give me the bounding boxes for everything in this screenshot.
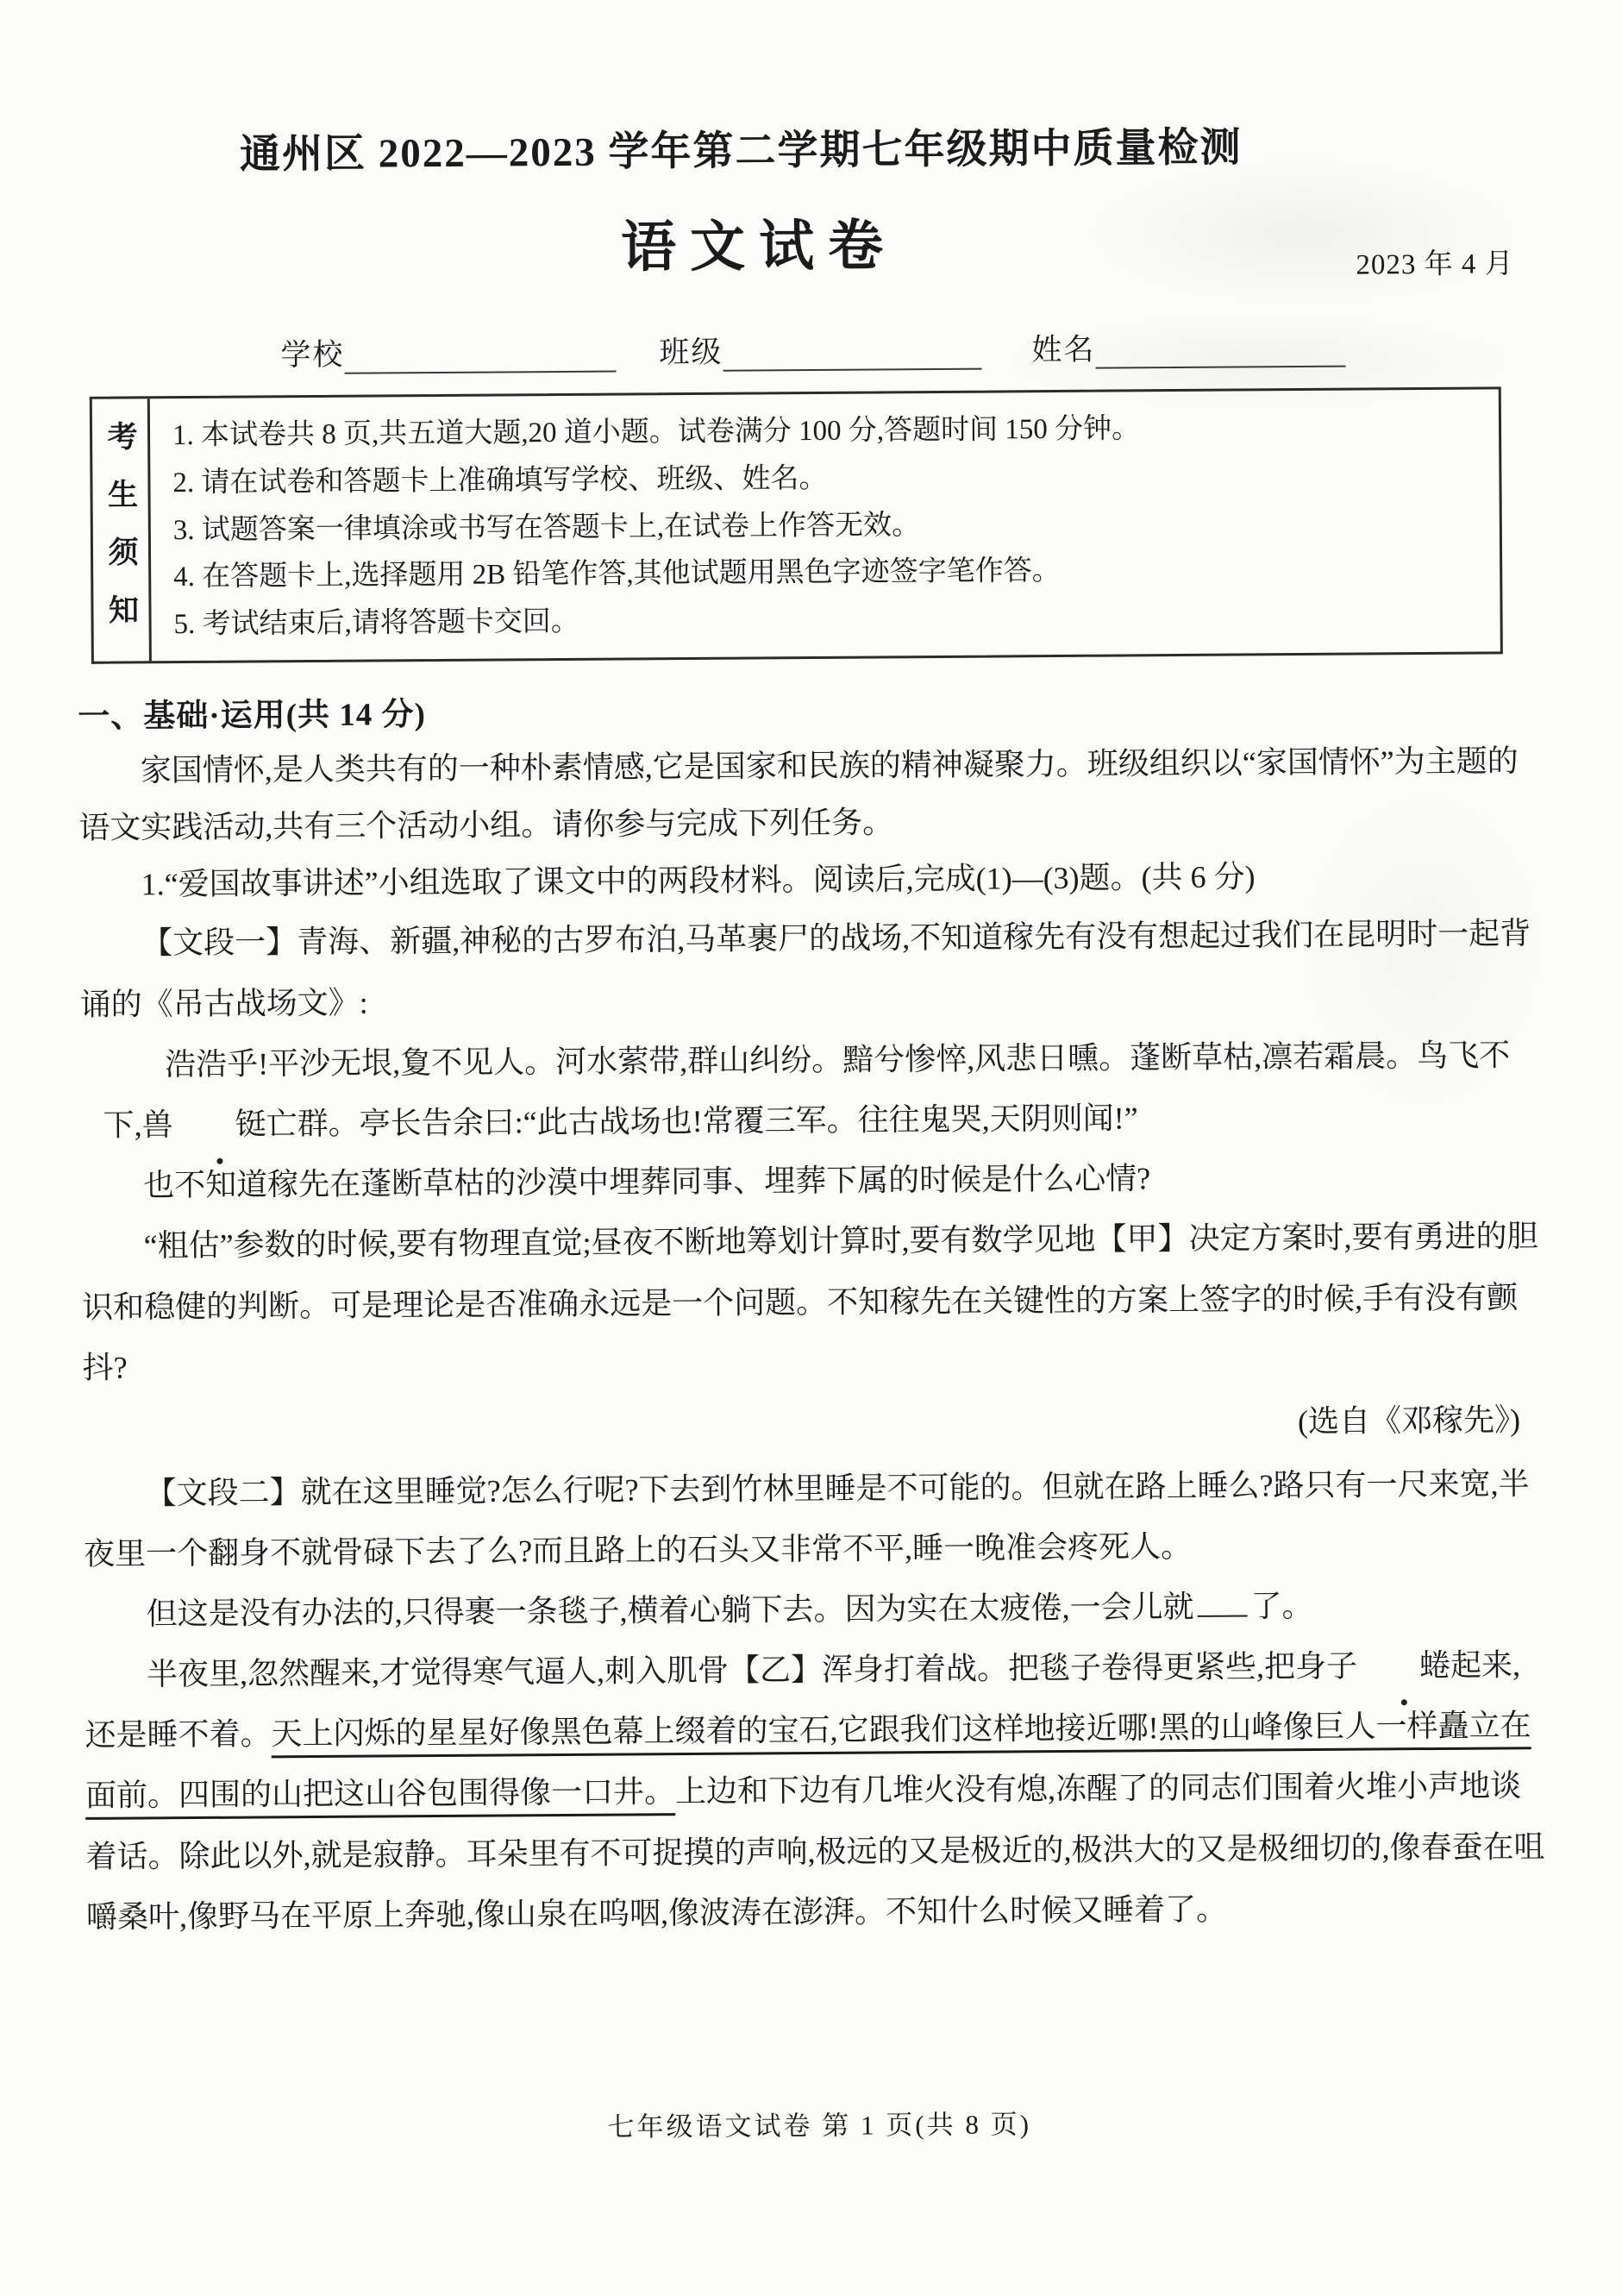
school-field: 学校: [280, 329, 659, 374]
student-info-row: 学校 班级 姓名: [280, 323, 1538, 374]
passage-text: 但这是没有办法的,只得裹一条毯子,横着心躺下去。因为实在太疲倦,一会儿就: [146, 1590, 1193, 1631]
passage2-paragraph-2: 但这是没有办法的,只得裹一条毯子,横着心躺下去。因为实在太疲倦,一会儿就了。: [84, 1574, 1547, 1645]
passage1-source: (选自《邓稼先》): [83, 1388, 1546, 1463]
passage1-quote: 浩浩乎!平沙无垠,夐不见人。河水萦带,群山纠纷。黯兮惨悴,风悲日曛。蓬断草枯,凛…: [103, 1025, 1544, 1156]
section-one-heading: 一、基础·运用(共 14 分): [78, 680, 1541, 737]
name-blank-line: [1095, 331, 1345, 369]
fill-in-blank-line: [1197, 1584, 1247, 1616]
name-field: 姓名: [1031, 324, 1345, 370]
page-footer: 七年级语文试卷 第 1 页(共 8 页): [9, 2098, 1622, 2148]
school-label: 学校: [280, 331, 344, 375]
notice-item: 2. 请在试卷和答题卡上准确填写学校、班级、姓名。: [172, 453, 1140, 507]
exam-date: 2023 年 4 月: [1356, 241, 1514, 282]
class-field: 班级: [659, 326, 1031, 372]
notice-item: 4. 在答题卡上,选择题用 2B 铅笔作答,其他试题用黑色字迹签字笔作答。: [173, 548, 1141, 602]
section-intro: 家国情怀,是人类共有的一种朴素情感,它是国家和民族的精神凝聚力。班级组织以“家国…: [78, 733, 1543, 857]
notice-item: 3. 试题答案一律填涂或书写在答题卡上,在试卷上作答无效。: [173, 500, 1141, 555]
exam-paper-page: 通州区 2022—2023 学年第二学期七年级期中质量检测 语文试卷 2023 …: [0, 0, 1622, 2296]
footer-text: 七年级语文试卷 第 1 页(共 8 页): [607, 2109, 1031, 2142]
passage1-paragraph-3: 也不知道稼先在蓬断草枯的沙漠中埋葬同事、埋葬下属的时候是什么心情?: [81, 1145, 1544, 1216]
quote-text: 亡群。亭长告余曰:“此古战场也!常覆三军。往往鬼哭,天阴则闻!”: [266, 1101, 1138, 1141]
passage-text: 了。: [1250, 1589, 1312, 1624]
notice-item: 5. 考试结束后,请将答题卡交回。: [173, 594, 1141, 649]
paper-title: 语文试卷: [74, 197, 1538, 286]
passage1-paragraph-4: “粗估”参数的时候,要有物理直觉;昼夜不断地筹划计算时,要有数学见地【甲】决定方…: [81, 1206, 1545, 1397]
class-blank-line: [723, 334, 981, 372]
passage2-paragraph-3: 半夜里,忽然醒来,才觉得寒气逼人,刺入肌骨【乙】浑身打着战。把毯子卷得更紧些,把…: [85, 1634, 1550, 1948]
exam-title: 通州区 2022—2023 学年第二学期七年级期中质量检测: [74, 113, 1537, 181]
passage-text: 半夜里,忽然醒来,才觉得寒气逼人,刺入肌骨【乙】浑身打着战。把毯子卷得更紧些,把…: [147, 1649, 1357, 1692]
notice-side-label: 考生须知: [92, 398, 152, 661]
school-blank-line: [344, 336, 616, 374]
passage1-paragraph-1: 【文段一】青海、新疆,神秘的古罗布泊,马革裹尸的战场,不知道稼先有没有想起过我们…: [79, 904, 1544, 1035]
notice-list: 1. 本试卷共 8 页,共五道大题,20 道小题。试卷满分 100 分,答题时间…: [150, 392, 1157, 661]
examinee-notice-box: 考生须知 1. 本试卷共 8 页,共五道大题,20 道小题。试卷满分 100 分…: [90, 386, 1503, 663]
class-label: 班级: [659, 329, 723, 373]
subtitle-row: 语文试卷 2023 年 4 月: [74, 197, 1538, 293]
emphasis-dotted-char: 蜷: [1357, 1635, 1451, 1697]
name-label: 姓名: [1031, 326, 1095, 370]
passage2-paragraph-1: 【文段二】就在这里睡觉?怎么行呢?下去到竹林里睡是不可能的。但就在路上睡么?路只…: [83, 1453, 1547, 1584]
notice-item: 1. 本试卷共 8 页,共五道大题,20 道小题。试卷满分 100 分,答题时间…: [172, 405, 1140, 460]
emphasis-dotted-char: 铤: [172, 1094, 266, 1155]
page-content: 通州区 2022—2023 学年第二学期七年级期中质量检测 语文试卷 2023 …: [0, 0, 1622, 2296]
question-1: 1.“爱国故事讲述”小组选取了课文中的两段材料。阅读后,完成(1)—(3)题。(…: [78, 847, 1542, 914]
